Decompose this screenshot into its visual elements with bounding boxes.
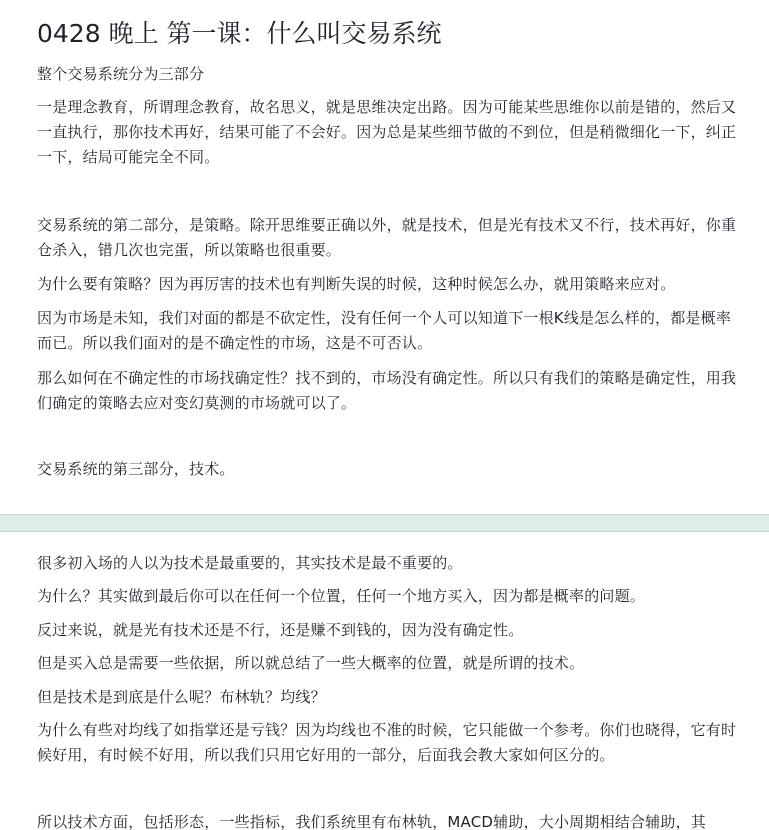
paragraph-part-two: 交易系统的第二部分，是策略。除开思维要正确以外，就是技术，但是光有技术又不行，技… xyxy=(37,213,737,263)
paragraph-tech-aspects: 所以技术方面，包括形态，一些指标，我们系统里有布林轨，MACD辅助，大小周期相结… xyxy=(37,810,737,830)
paragraph-find-certainty: 那么如何在不确定性的市场找确定性？找不到的，市场没有确定性。所以只有我们的策略是… xyxy=(37,366,737,416)
paragraph-part-three: 交易系统的第三部分，技术。 xyxy=(37,457,737,482)
paragraph-market-unknown: 因为市场是未知，我们对面的都是不砍定性，没有任何一个人可以知道下一根K线是怎么样… xyxy=(37,306,737,356)
document-title: 0428 晚上 第一课：什么叫交易系统 xyxy=(37,14,442,54)
paragraph-what-is-tech: 但是技术是到底是什么呢？布林轨？均线？ xyxy=(37,685,737,710)
paragraph-buy-basis: 但是买入总是需要一些依据，所以就总结了一些大概率的位置，就是所谓的技术。 xyxy=(37,651,737,676)
paragraph-why-any-position: 为什么？其实做到最后你可以在任何一个位置，任何一个地方买入，因为都是概率的问题。 xyxy=(37,584,737,609)
page-break-divider xyxy=(0,514,769,532)
paragraph-intro: 整个交易系统分为三部分 xyxy=(37,62,737,87)
paragraph-tech-least-important: 很多初入场的人以为技术是最重要的，其实技术是最不重要的。 xyxy=(37,551,737,576)
paragraph-part-one: 一是理念教育，所谓理念教育，故名思义，就是思维决定出路。因为可能某些思维你以前是… xyxy=(37,95,737,170)
paragraph-why-strategy: 为什么要有策略？因为再厉害的技术也有判断失误的时候，这种时候怎么办，就用策略来应… xyxy=(37,272,737,297)
paragraph-tech-not-enough: 反过来说，就是光有技术还是不行，还是赚不到钱的，因为没有确定性。 xyxy=(37,618,737,643)
paragraph-moving-average: 为什么有些对均线了如指掌还是亏钱？因为均线也不准的时候，它只能做一个参考。你们也… xyxy=(37,718,737,768)
